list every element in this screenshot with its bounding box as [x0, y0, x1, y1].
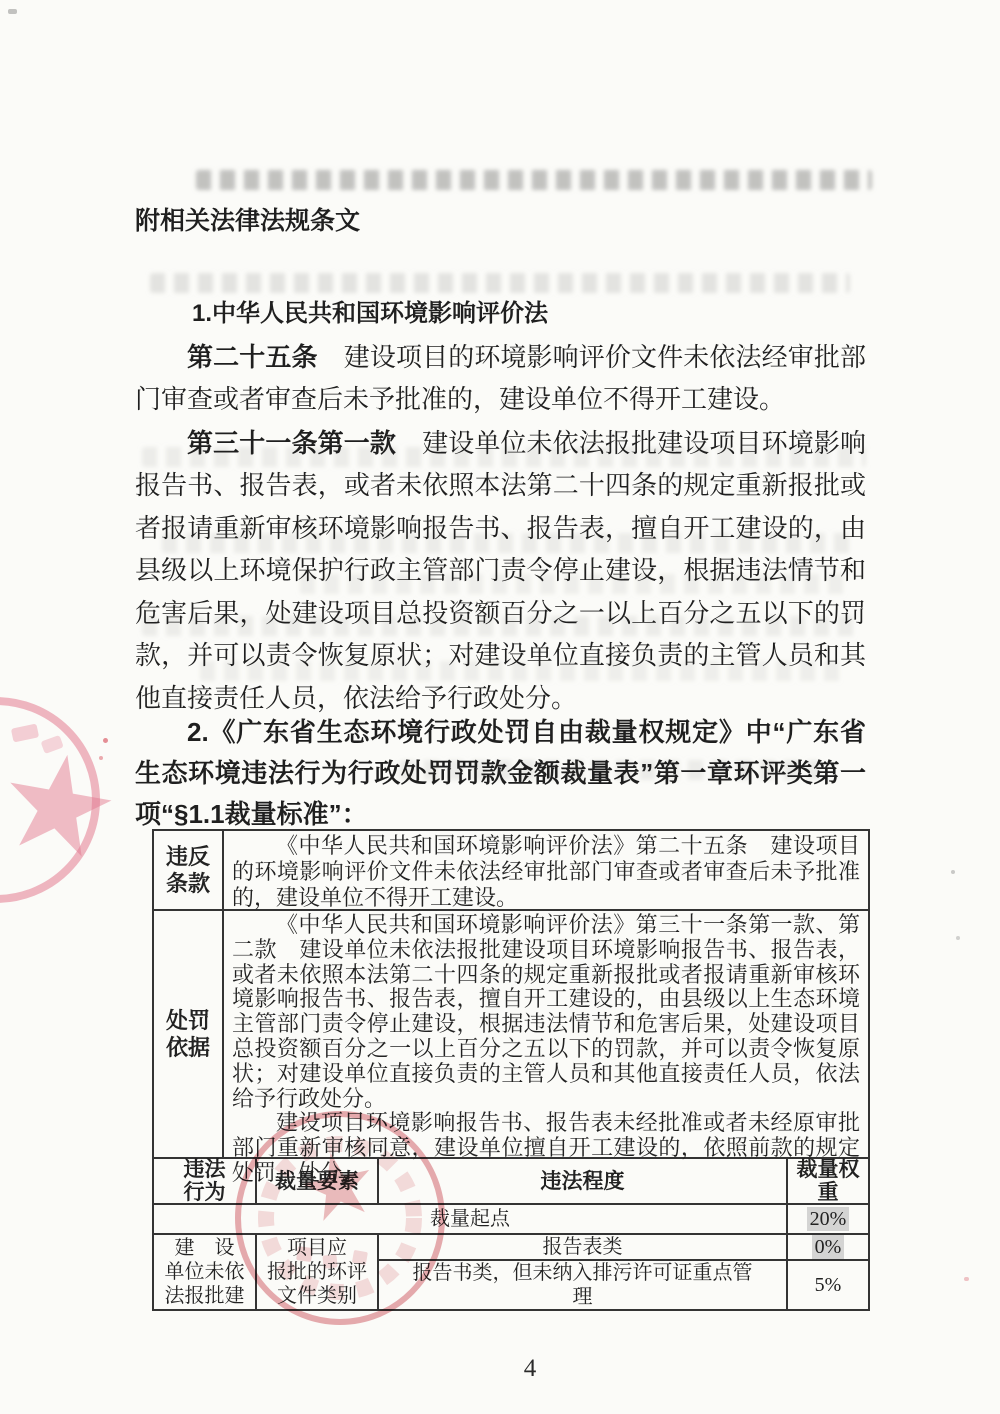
ink-speck	[103, 738, 108, 743]
weight-report-book-value: 5%	[815, 1273, 842, 1297]
article-31-paragraph: 第三十一条第一款 建设单位未依法报批建设项目环境影响报告书、报告表，或者未依照本…	[135, 422, 866, 721]
article-31-text: 建设单位未依法报批建设项目环境影响报告书、报告表，或者未依照本法第二十四条的规定…	[135, 429, 866, 713]
baseline-weight-cell: 20%	[788, 1205, 868, 1235]
article-31-label: 第三十一条第一款	[187, 428, 422, 458]
header-discretion-weight: 裁量权 重	[788, 1159, 868, 1205]
bleedthrough-mark	[196, 170, 872, 190]
discretion-standards-table: 违反 条款 《中华人民共和国环境影响评价法》第二十五条 建设项目的环境影响评价文…	[152, 829, 870, 1311]
section2-heading: 2.《广东省生态环境行政处罚自由裁量权规定》中“广东省生态环境违法行为行政处罚罚…	[135, 712, 866, 835]
penalty-basis-paragraph-1: 《中华人民共和国环境影响评价法》第三十一条第一款、第二款 建设单位未依法报批建设…	[232, 913, 860, 1111]
table-upper-section: 违反 条款 《中华人民共和国环境影响评价法》第二十五条 建设项目的环境影响评价文…	[154, 831, 868, 1159]
ink-speck	[99, 756, 103, 760]
penalty-basis-content-cell: 《中华人民共和国环境影响评价法》第三十一条第一款、第二款 建设单位未依法报批建设…	[224, 911, 868, 1159]
violated-clause-label-cell: 违反 条款	[154, 831, 224, 911]
left-edge-official-seal-stamp	[0, 690, 150, 925]
weight-report-form-value: 0%	[812, 1235, 845, 1259]
document-body: 附相关法律法规条文 1.中华人民共和国环境影响评价法 第二十五条 建设项目的环境…	[135, 200, 866, 835]
table-lower-section: 违法 行为 裁量要素 违法程度 裁量权 重 裁量起点 20% 建 设 单位未依 …	[154, 1159, 868, 1309]
page-title: 附相关法律法规条文	[135, 200, 866, 243]
header-discretion-factor: 裁量要素	[257, 1159, 379, 1205]
degree-report-form-cell: 报告表类	[379, 1235, 788, 1261]
violated-clause-content-cell: 《中华人民共和国环境影响评价法》第二十五条 建设项目的环境影响评价文件未依法经审…	[224, 831, 868, 911]
header-illegal-behavior: 违法 行为	[154, 1159, 257, 1205]
page-number: 4	[480, 1355, 580, 1383]
penalty-basis-label-cell: 处罚 依据	[154, 911, 224, 1159]
section1-heading: 1.中华人民共和国环境影响评价法	[135, 293, 866, 336]
factor-label-cell: 项目应 报批的环评 文件类别	[257, 1235, 379, 1309]
weight-report-book-cell: 5%	[788, 1261, 868, 1309]
baseline-weight-value: 20%	[807, 1207, 850, 1231]
ink-speck	[8, 9, 17, 14]
header-violation-degree: 违法程度	[379, 1159, 788, 1205]
baseline-label-cell: 裁量起点	[154, 1205, 788, 1235]
ink-speck	[956, 936, 960, 940]
degree-report-book-cell: 报告书类，但未纳入排污许可证重点管 理	[379, 1261, 788, 1309]
violated-clause-text: 《中华人民共和国环境影响评价法》第二十五条 建设项目的环境影响评价文件未依法经审…	[232, 833, 860, 911]
article-25-paragraph: 第二十五条 建设项目的环境影响评价文件未依法经审批部门审查或者审查后未予批准的，…	[135, 336, 866, 422]
behavior-label-cell: 建 设 单位未依 法报批建	[154, 1235, 257, 1309]
article-25-label: 第二十五条	[187, 342, 344, 372]
ink-speck	[951, 870, 955, 874]
scanned-document-page: 附相关法律法规条文 1.中华人民共和国环境影响评价法 第二十五条 建设项目的环境…	[0, 0, 1000, 1414]
ink-speck	[964, 1277, 969, 1281]
weight-report-form-cell: 0%	[788, 1235, 868, 1261]
